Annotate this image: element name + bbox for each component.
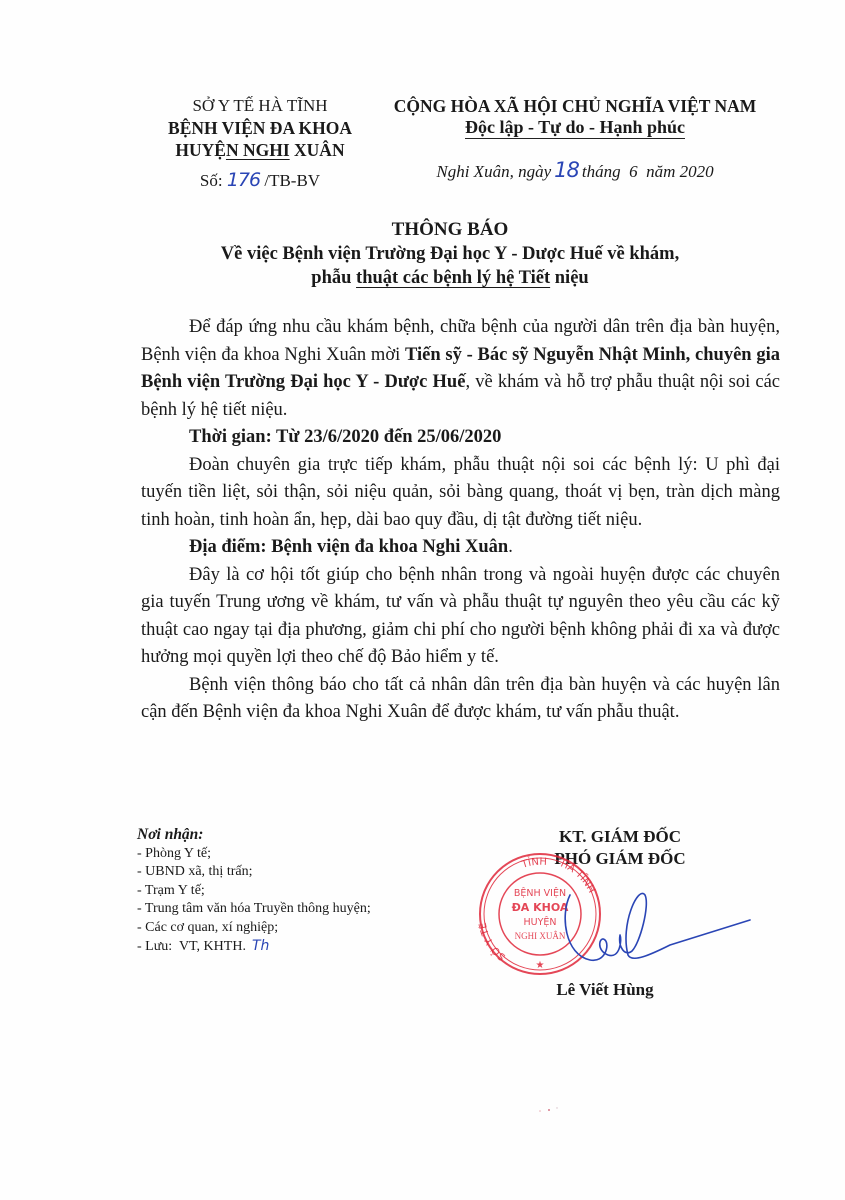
subject-line-1: Về việc Bệnh viện Trường Đại học Y - Dượ… <box>150 242 750 266</box>
benefits-paragraph: Đây là cơ hội tốt giúp cho bệnh nhân tro… <box>141 562 780 672</box>
document-number: Số: 176 /TB-BV <box>140 169 380 192</box>
intro-paragraph: Để đáp ứng nhu cầu khám bệnh, chữa bệnh … <box>141 314 780 424</box>
time-line: Thời gian: Từ 23/6/2020 đến 25/06/2020 <box>141 424 780 452</box>
location-line: Địa điểm: Bệnh viện đa khoa Nghi Xuân. <box>141 534 780 562</box>
recipient-item: - Các cơ quan, xí nghiệp; <box>137 919 371 938</box>
recipient-item: - Trạm Y tế; <box>137 882 371 901</box>
services-paragraph: Đoàn chuyên gia trực tiếp khám, phẫu thu… <box>141 452 780 535</box>
organization-name-line2: HUYỆN NGHI XUÂN <box>140 139 380 161</box>
organization-name-line1: BỆNH VIỆN ĐA KHOA <box>140 117 380 139</box>
closing-paragraph: Bệnh viện thông báo cho tất cả nhân dân … <box>141 672 780 727</box>
recipient-item: - Trung tâm văn hóa Truyền thông huyện; <box>137 900 371 919</box>
svg-text:★: ★ <box>536 960 545 971</box>
place-and-date: Nghi Xuân, ngày18tháng 6 năm 2020 <box>380 159 770 183</box>
handwritten-signature-icon <box>560 885 760 975</box>
handwritten-initials: Th <box>252 938 269 954</box>
recipient-item: - Lưu: VT, KHTH.Th <box>137 937 371 957</box>
country-name: CỘNG HÒA XÃ HỘI CHỦ NGHĨA VIỆT NAM <box>380 95 770 117</box>
recipients-block: Nơi nhận: - Phòng Y tế; - UBND xã, thị t… <box>137 826 371 957</box>
svg-text:SỞ Y TẾ: SỞ Y TẾ <box>478 921 508 962</box>
notice-body: Để đáp ứng nhu cầu khám bệnh, chữa bệnh … <box>141 314 780 727</box>
subject-line-2: phẫu thuật các bệnh lý hệ Tiết niệu <box>150 266 750 290</box>
recipient-item: - Phòng Y tế; <box>137 845 371 864</box>
recipients-title: Nơi nhận: <box>137 826 371 845</box>
svg-text:NGHI XUÂN: NGHI XUÂN <box>515 931 566 941</box>
svg-text:BỆNH VIỆN: BỆNH VIỆN <box>514 887 566 899</box>
signatory-name: Lê Viết Hùng <box>520 980 690 1000</box>
issuing-agency-block: SỞ Y TẾ HÀ TĨNH BỆNH VIỆN ĐA KHOA HUYỆN … <box>140 95 380 192</box>
recipient-item: - UBND xã, thị trấn; <box>137 863 371 882</box>
svg-text:HUYỆN: HUYỆN <box>523 916 556 928</box>
scan-artifact-icon <box>535 1105 565 1115</box>
document-page: SỞ Y TẾ HÀ TĨNH BỆNH VIỆN ĐA KHOA HUYỆN … <box>0 0 845 1200</box>
signatory-title-line1: KT. GIÁM ĐỐC <box>520 826 720 848</box>
org-underline-segment: N NGHI <box>226 140 290 160</box>
national-header-block: CỘNG HÒA XÃ HỘI CHỦ NGHĨA VIỆT NAM Độc l… <box>380 95 770 183</box>
handwritten-doc-number: 176 <box>227 169 260 191</box>
handwritten-day: 18 <box>554 158 579 182</box>
document-type-heading: THÔNG BÁO <box>150 218 750 242</box>
parent-agency: SỞ Y TẾ HÀ TĨNH <box>140 95 380 117</box>
document-title-block: THÔNG BÁO Về việc Bệnh viện Trường Đại h… <box>150 218 750 290</box>
national-motto: Độc lập - Tự do - Hạnh phúc <box>465 117 685 139</box>
